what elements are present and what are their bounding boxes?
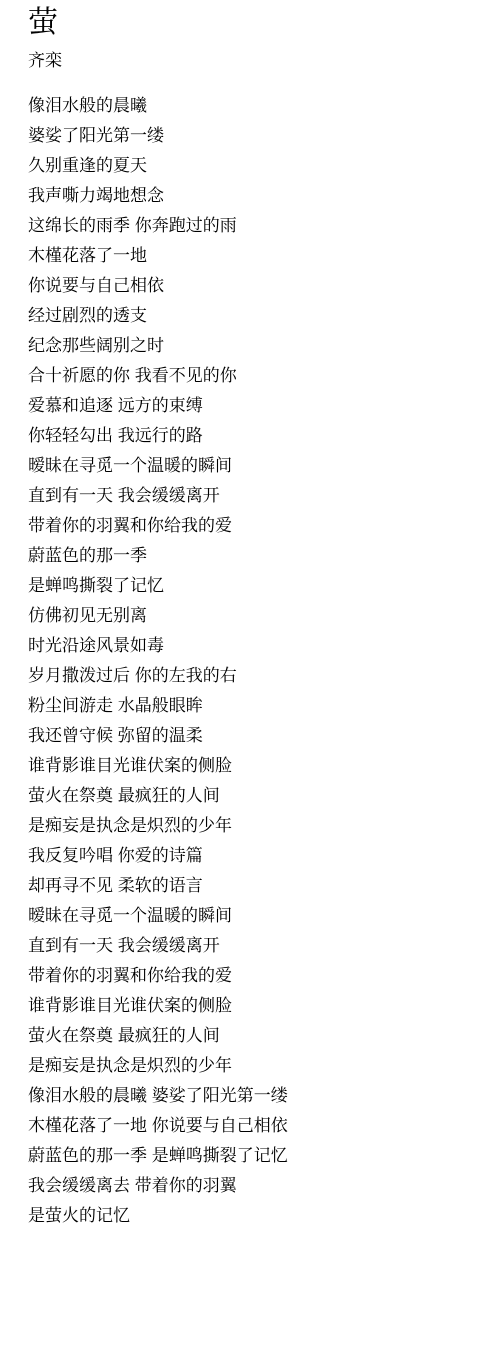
lyric-line: 直到有一天 我会缓缓离开	[28, 481, 480, 511]
lyric-line: 仿佛初见无别离	[28, 601, 480, 631]
lyric-line: 是萤火的记忆	[28, 1201, 480, 1231]
lyric-line: 我声嘶力竭地想念	[28, 181, 480, 211]
lyric-line: 蔚蓝色的那一季 是蝉鸣撕裂了记忆	[28, 1141, 480, 1171]
lyrics-body: 像泪水般的晨曦婆娑了阳光第一缕久别重逢的夏天我声嘶力竭地想念这绵长的雨季 你奔跑…	[28, 91, 480, 1231]
lyric-line: 直到有一天 我会缓缓离开	[28, 931, 480, 961]
lyric-line: 谁背影谁目光谁伏案的侧脸	[28, 991, 480, 1021]
lyric-line: 带着你的羽翼和你给我的爱	[28, 511, 480, 541]
song-title: 萤	[28, 4, 480, 42]
lyric-line: 木槿花落了一地	[28, 241, 480, 271]
lyric-line: 是痴妄是执念是炽烈的少年	[28, 811, 480, 841]
lyric-line: 粉尘间游走 水晶般眼眸	[28, 691, 480, 721]
lyric-line: 你说要与自己相依	[28, 271, 480, 301]
lyric-line: 这绵长的雨季 你奔跑过的雨	[28, 211, 480, 241]
lyric-line: 暧昧在寻觅一个温暖的瞬间	[28, 901, 480, 931]
lyric-line: 我会缓缓离去 带着你的羽翼	[28, 1171, 480, 1201]
lyric-line: 婆娑了阳光第一缕	[28, 121, 480, 151]
lyric-line: 岁月撒泼过后 你的左我的右	[28, 661, 480, 691]
lyric-line: 带着你的羽翼和你给我的爱	[28, 961, 480, 991]
lyric-line: 时光沿途风景如毒	[28, 631, 480, 661]
artist-name: 齐栾	[28, 51, 480, 71]
lyric-line: 暧昧在寻觅一个温暖的瞬间	[28, 451, 480, 481]
lyric-line: 纪念那些阔别之时	[28, 331, 480, 361]
lyric-line: 是蝉鸣撕裂了记忆	[28, 571, 480, 601]
lyric-line: 你轻轻勾出 我远行的路	[28, 421, 480, 451]
lyrics-page: 萤 齐栾 像泪水般的晨曦婆娑了阳光第一缕久别重逢的夏天我声嘶力竭地想念这绵长的雨…	[0, 0, 500, 1360]
lyric-line: 我还曾守候 弥留的温柔	[28, 721, 480, 751]
lyric-line: 萤火在祭奠 最疯狂的人间	[28, 1021, 480, 1051]
lyric-line: 爱慕和追逐 远方的束缚	[28, 391, 480, 421]
lyric-line: 像泪水般的晨曦	[28, 91, 480, 121]
lyric-line: 像泪水般的晨曦 婆娑了阳光第一缕	[28, 1081, 480, 1111]
lyric-line: 是痴妄是执念是炽烈的少年	[28, 1051, 480, 1081]
lyric-line: 谁背影谁目光谁伏案的侧脸	[28, 751, 480, 781]
lyric-line: 久别重逢的夏天	[28, 151, 480, 181]
lyric-line: 木槿花落了一地 你说要与自己相依	[28, 1111, 480, 1141]
lyric-line: 经过剧烈的透支	[28, 301, 480, 331]
lyric-line: 我反复吟唱 你爱的诗篇	[28, 841, 480, 871]
lyric-line: 合十祈愿的你 我看不见的你	[28, 361, 480, 391]
lyric-line: 萤火在祭奠 最疯狂的人间	[28, 781, 480, 811]
lyric-line: 蔚蓝色的那一季	[28, 541, 480, 571]
lyric-line: 却再寻不见 柔软的语言	[28, 871, 480, 901]
